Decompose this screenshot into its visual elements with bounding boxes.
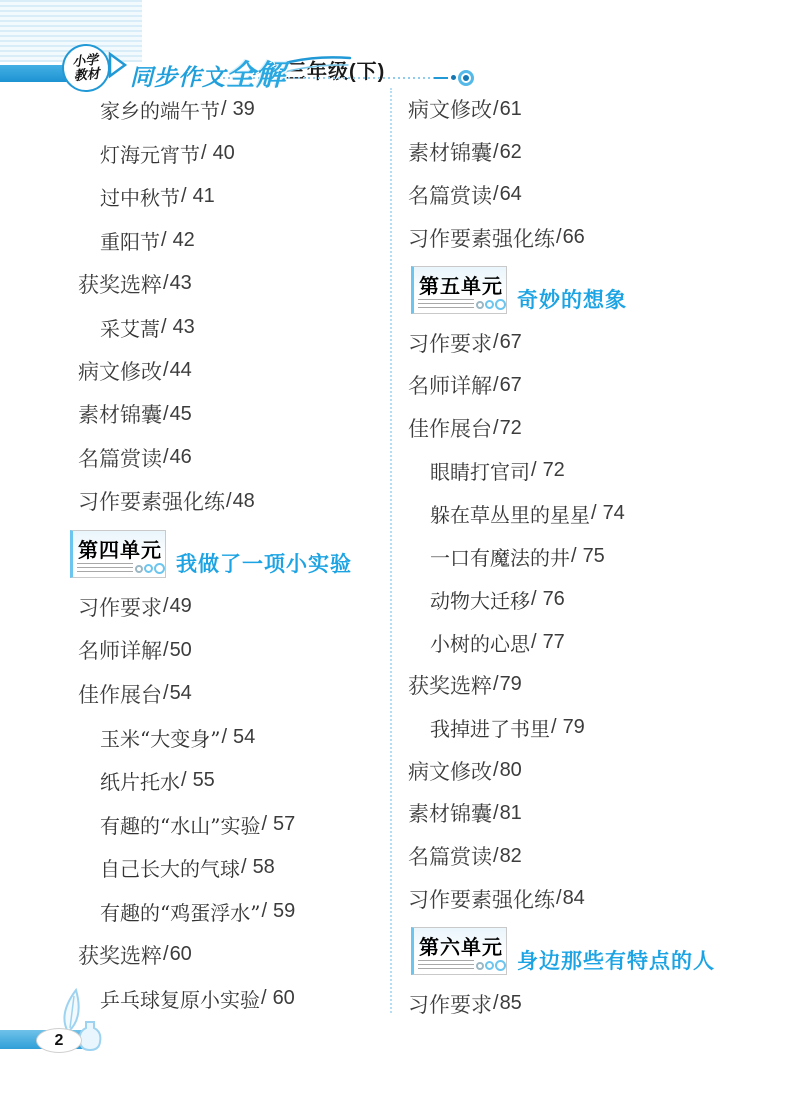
page-number: 2 [55, 1032, 64, 1050]
solid-rule [434, 77, 448, 79]
chevron-right-icon [108, 51, 128, 84]
entry-label: 过中秋节 [100, 182, 180, 211]
page-number-badge: 2 [36, 1028, 82, 1053]
entry-page: 72 [500, 417, 522, 440]
entry-label: 躲在草丛里的星星 [430, 499, 590, 528]
unit-name: 第五单元 [419, 276, 503, 298]
entry-label: 有趣的“鸡蛋浮水” [100, 897, 260, 926]
entry-label: 眼睛打官司 [430, 456, 530, 485]
toc-entry: 习作要素强化练/66 [408, 216, 788, 259]
series-logo: 同步作文全解 [130, 53, 286, 94]
entry-label: 名师详解 [78, 635, 162, 665]
toc-entry: 素材锦囊/81 [408, 792, 788, 835]
unit-decoration [77, 562, 163, 573]
toc-entry: 自己长大的气球/58 [0, 846, 388, 890]
entry-page: 39 [233, 98, 255, 121]
entry-label: 家乡的端午节 [100, 95, 220, 124]
entry-page: 72 [543, 459, 565, 482]
entry-label: 习作要素强化练 [78, 486, 225, 516]
entry-page: 45 [170, 403, 192, 426]
toc-entry: 躲在草丛里的星星/74 [408, 492, 788, 535]
toc-entry: 习作要素强化练/84 [408, 878, 788, 921]
entry-label: 动物大迁移 [430, 585, 530, 614]
column-divider [390, 88, 392, 1013]
entry-label: 素材锦囊 [408, 798, 492, 828]
toc-entry: 获奖选粹/43 [0, 262, 388, 306]
entry-label: 获奖选粹 [78, 940, 162, 970]
unit-name: 第六单元 [419, 937, 503, 959]
entry-page: 79 [500, 673, 522, 696]
entry-page: 80 [500, 759, 522, 782]
entry-page: 82 [500, 845, 522, 868]
entry-page: 48 [233, 490, 255, 513]
toc-entry: 名师详解/67 [408, 364, 788, 407]
entry-label: 一口有魔法的井 [430, 542, 570, 571]
entry-page: 79 [563, 716, 585, 739]
logo-text: 同步作文 [130, 64, 226, 90]
entry-label: 纸片托水 [100, 766, 180, 795]
entry-label: 乒乓球复原小实验 [100, 984, 260, 1013]
entry-label: 玉米“大变身” [100, 723, 220, 752]
toc-entry: 获奖选粹/79 [408, 664, 788, 707]
toc-entry: 眼睛打官司/72 [408, 450, 788, 493]
toc-entry: 名篇赏读/82 [408, 835, 788, 878]
entry-page: 46 [170, 446, 192, 469]
entry-label: 素材锦囊 [408, 137, 492, 167]
entry-page: 64 [500, 183, 522, 206]
entry-label: 自己长大的气球 [100, 853, 240, 882]
toc-entry: 采艾蒿/43 [0, 306, 388, 350]
entry-label: 名篇赏读 [408, 841, 492, 871]
entry-label: 习作要求 [78, 592, 162, 622]
entry-page: 76 [543, 588, 565, 611]
entry-label: 病文修改 [408, 94, 492, 124]
target-icon [458, 70, 474, 86]
toc-entry: 素材锦囊/45 [0, 393, 388, 437]
toc-entry: 名篇赏读/64 [408, 174, 788, 217]
toc-entry: 有趣的“水山”实验/57 [0, 803, 388, 847]
unit-header: 第六单元 身边那些有特点的人 [408, 920, 788, 982]
toc-entry: 过中秋节/41 [0, 175, 388, 219]
toc-entry: 有趣的“鸡蛋浮水”/59 [0, 890, 388, 934]
entry-label: 名篇赏读 [408, 180, 492, 210]
book-toc-page: { "header": { "badge_line1": "小学", "badg… [0, 0, 790, 1100]
entry-label: 病文修改 [408, 756, 492, 786]
unit-subtitle: 身边那些有特点的人 [517, 945, 715, 975]
entry-page: 58 [253, 856, 275, 879]
toc-entry: 小树的心思/77 [408, 621, 788, 664]
entry-page: 60 [170, 943, 192, 966]
toc-entry: 灯海元宵节/40 [0, 132, 388, 176]
entry-page: 49 [170, 595, 192, 618]
entry-label: 习作要求 [408, 328, 492, 358]
toc-entry: 习作要求/85 [408, 982, 788, 1025]
unit-box: 第五单元 [411, 266, 507, 314]
entry-label: 灯海元宵节 [100, 139, 200, 168]
toc-entry: 病文修改/80 [408, 749, 788, 792]
unit-subtitle: 奇妙的想象 [517, 284, 627, 314]
unit-subtitle: 我做了一项小实验 [176, 548, 352, 578]
entry-label: 佳作展台 [408, 413, 492, 443]
unit-header: 第四单元 我做了一项小实验 [0, 523, 388, 585]
unit-name: 第四单元 [78, 540, 162, 562]
entry-page: 66 [563, 226, 585, 249]
entry-page: 50 [170, 639, 192, 662]
entry-label: 获奖选粹 [408, 670, 492, 700]
unit-header: 第五单元 奇妙的想象 [408, 259, 788, 321]
entry-page: 67 [500, 331, 522, 354]
entry-page: 55 [193, 769, 215, 792]
toc-entry: 玉米“大变身”/54 [0, 716, 388, 760]
logo-text-big: 全解 [226, 60, 286, 92]
toc-entry: 习作要求/67 [408, 321, 788, 364]
entry-label: 我掉进了书里 [430, 713, 550, 742]
toc-entry: 一口有魔法的井/75 [408, 535, 788, 578]
entry-label: 习作要素强化练 [408, 223, 555, 253]
entry-page: 62 [500, 141, 522, 164]
toc-entry: 家乡的端午节/39 [0, 88, 388, 132]
toc-entry: 名篇赏读/46 [0, 436, 388, 480]
toc-entry: 病文修改/44 [0, 349, 388, 393]
entry-page: 67 [500, 374, 522, 397]
toc-entry: 佳作展台/54 [0, 672, 388, 716]
entry-page: 41 [193, 185, 215, 208]
entry-label: 重阳节 [100, 226, 160, 255]
entry-label: 佳作展台 [78, 679, 162, 709]
entry-label: 素材锦囊 [78, 399, 162, 429]
toc-left-column: 家乡的端午节/39 灯海元宵节/40 过中秋节/41 重阳节/42 获奖选粹/4… [0, 88, 388, 1020]
toc-entry: 纸片托水/55 [0, 759, 388, 803]
entry-label: 习作要求 [408, 989, 492, 1019]
toc-entry: 动物大迁移/76 [408, 578, 788, 621]
toc-entry: 名师详解/50 [0, 629, 388, 673]
unit-decoration [418, 298, 504, 309]
entry-page: 61 [500, 98, 522, 121]
entry-label: 名师详解 [408, 370, 492, 400]
entry-page: 43 [173, 316, 195, 339]
toc-entry: 我掉进了书里/79 [408, 706, 788, 749]
toc-right-column: 病文修改/61 素材锦囊/62 名篇赏读/64 习作要素强化练/66 第五单元 … [408, 88, 788, 1025]
toc-entry: 习作要求/49 [0, 585, 388, 629]
entry-label: 有趣的“水山”实验 [100, 810, 260, 839]
entry-page: 77 [543, 631, 565, 654]
entry-page: 54 [233, 726, 255, 749]
entry-page: 74 [603, 502, 625, 525]
entry-separator: / [221, 98, 227, 121]
unit-box: 第六单元 [411, 927, 507, 975]
entry-page: 84 [563, 887, 585, 910]
toc-entry: 获奖选粹/60 [0, 933, 388, 977]
entry-page: 81 [500, 802, 522, 825]
unit-box: 第四单元 [70, 530, 166, 578]
rule-dot [451, 75, 456, 80]
entry-label: 名篇赏读 [78, 443, 162, 473]
entry-page: 43 [170, 272, 192, 295]
entry-label: 小树的心思 [430, 628, 530, 657]
entry-page: 85 [500, 992, 522, 1015]
entry-label: 习作要素强化练 [408, 884, 555, 914]
toc-entry: 重阳节/42 [0, 219, 388, 263]
entry-page: 59 [273, 900, 295, 923]
entry-page: 75 [583, 545, 605, 568]
toc-entry: 病文修改/61 [408, 88, 788, 131]
entry-page: 57 [273, 813, 295, 836]
badge-line2: 教材 [73, 67, 100, 84]
entry-label: 获奖选粹 [78, 269, 162, 299]
toc-entry: 佳作展台/72 [408, 407, 788, 450]
unit-decoration [418, 959, 504, 970]
toc-entry: 习作要素强化练/48 [0, 480, 388, 524]
entry-page: 42 [173, 229, 195, 252]
entry-label: 病文修改 [78, 356, 162, 386]
entry-page: 60 [273, 987, 295, 1010]
entry-page: 44 [170, 359, 192, 382]
entry-page: 40 [213, 142, 235, 165]
entry-page: 54 [170, 682, 192, 705]
entry-label: 采艾蒿 [100, 313, 160, 342]
toc-entry: 素材锦囊/62 [408, 131, 788, 174]
